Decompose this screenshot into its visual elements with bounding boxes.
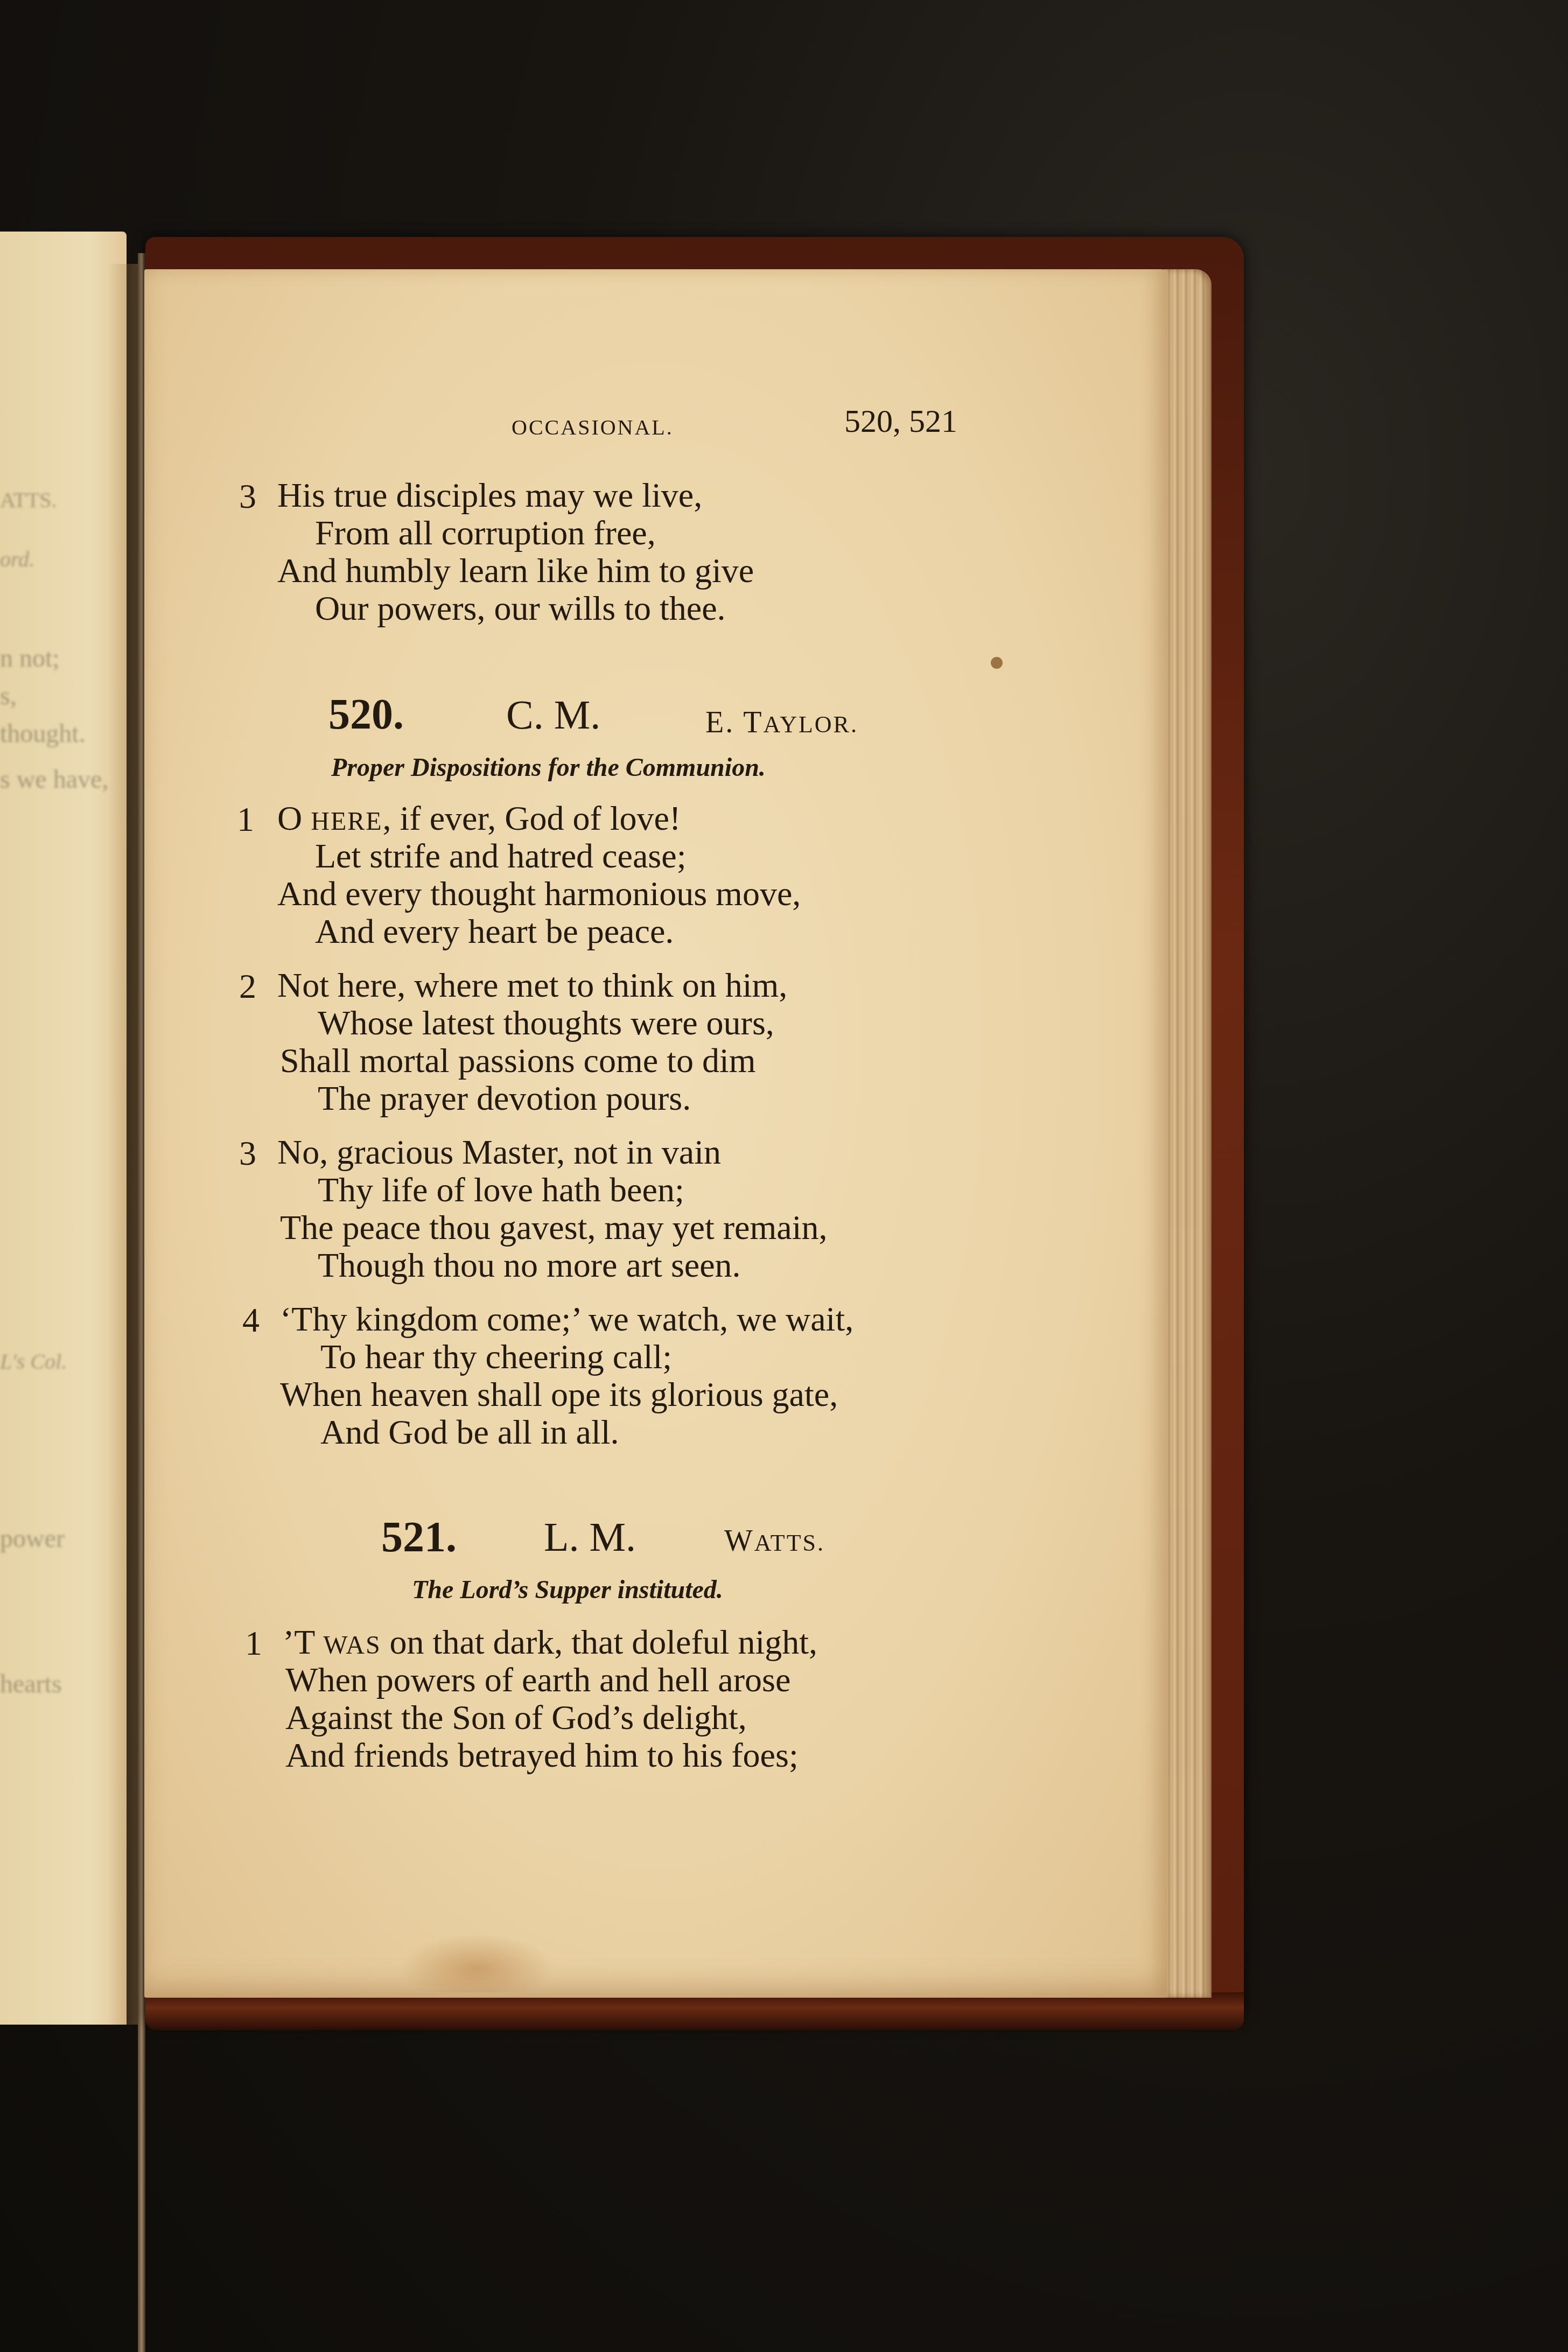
verse-number: 1 (245, 1623, 262, 1663)
hymn-subtitle: Proper Dispositions for the Communion. (331, 753, 766, 782)
line-rest: on that dark, that doleful night, (381, 1623, 818, 1661)
verse-line: To hear thy cheering call; (320, 1338, 672, 1376)
ink-spot (991, 657, 1003, 669)
left-page-text: s we have, (0, 765, 108, 794)
hymn-subtitle: The Lord’s Supper instituted. (412, 1575, 723, 1605)
book-cover-bottom-edge (145, 1992, 1244, 2030)
verse-line: The prayer devotion pours. (318, 1080, 691, 1117)
hymn-meter: C. M. (506, 692, 600, 739)
verse-line: Whose latest thoughts were ours, (318, 1004, 774, 1042)
verse-line: And every thought harmonious move, (277, 875, 801, 913)
drop-word: ’T (283, 1623, 323, 1661)
drop-word: O (277, 799, 311, 837)
left-page-text: n not; (0, 643, 60, 673)
page-number: 520, 521 (844, 403, 957, 440)
verse-line: And humbly learn like him to give (277, 552, 754, 590)
verse-line: Against the Son of God’s delight, (285, 1699, 747, 1737)
author-rest: ATTS. (754, 1530, 825, 1556)
verse-number: 1 (237, 800, 254, 839)
verse-line: His true disciples may we live, (277, 477, 702, 514)
small-caps-word: HERE (311, 807, 382, 836)
verse-number: 3 (239, 477, 256, 516)
page-fore-edge (1163, 269, 1212, 1998)
verse-line: And friends betrayed him to his foes; (285, 1737, 799, 1774)
left-page-text: power (0, 1524, 65, 1553)
verse-line: Though thou no more art seen. (318, 1247, 741, 1284)
line-rest: , if ever, God of love! (383, 799, 681, 837)
verse-line: And every heart be peace. (315, 913, 674, 950)
left-page-text: hearts (0, 1669, 62, 1699)
left-page-text: s, (0, 681, 17, 711)
verse-line: Shall mortal passions come to dim (280, 1042, 755, 1080)
verse-line: From all corruption free, (315, 514, 656, 552)
left-page-text: ord. (0, 547, 34, 572)
running-head: OCCASIONAL. (512, 415, 674, 440)
verse-line: Let strife and hatred cease; (315, 837, 686, 875)
verse-line: The peace thou gavest, may yet remain, (280, 1209, 827, 1247)
author-initial: W (724, 1524, 754, 1558)
verse-line: Our powers, our wills to thee. (315, 590, 726, 627)
verse-line: When powers of earth and hell arose (285, 1661, 790, 1699)
verse-line: And God be all in all. (320, 1413, 619, 1451)
author-initial: E. T (705, 706, 763, 739)
page-stain (398, 1933, 555, 1992)
verse-line: No, gracious Master, not in vain (277, 1133, 721, 1171)
author-rest: AYLOR. (763, 711, 858, 738)
hymn-number: 520. (328, 690, 404, 739)
hymn-meter: L. M. (544, 1514, 636, 1561)
verse-line: Not here, where met to think on him, (277, 967, 787, 1004)
left-page-text: L's Col. (0, 1349, 67, 1374)
hymn-author: E. TAYLOR. (705, 705, 858, 740)
hymn-author: WATTS. (724, 1524, 825, 1558)
hymn-number: 521. (381, 1513, 457, 1562)
verse-line: O HERE, if ever, God of love! (277, 800, 681, 841)
left-page-text: ATTS. (0, 487, 57, 513)
verse-number: 3 (239, 1133, 256, 1173)
small-caps-word: WAS (323, 1631, 381, 1660)
left-page-text: thought. (0, 719, 86, 748)
verse-line: ’T WAS on that dark, that doleful night, (283, 1623, 817, 1664)
verse-number: 2 (239, 967, 256, 1006)
verse-line: Thy life of love hath been; (318, 1171, 684, 1209)
verse-number: 4 (242, 1300, 260, 1340)
verse-line: When heaven shall ope its glorious gate, (280, 1376, 838, 1413)
verse-line: ‘Thy kingdom come;’ we watch, we wait, (280, 1300, 853, 1338)
